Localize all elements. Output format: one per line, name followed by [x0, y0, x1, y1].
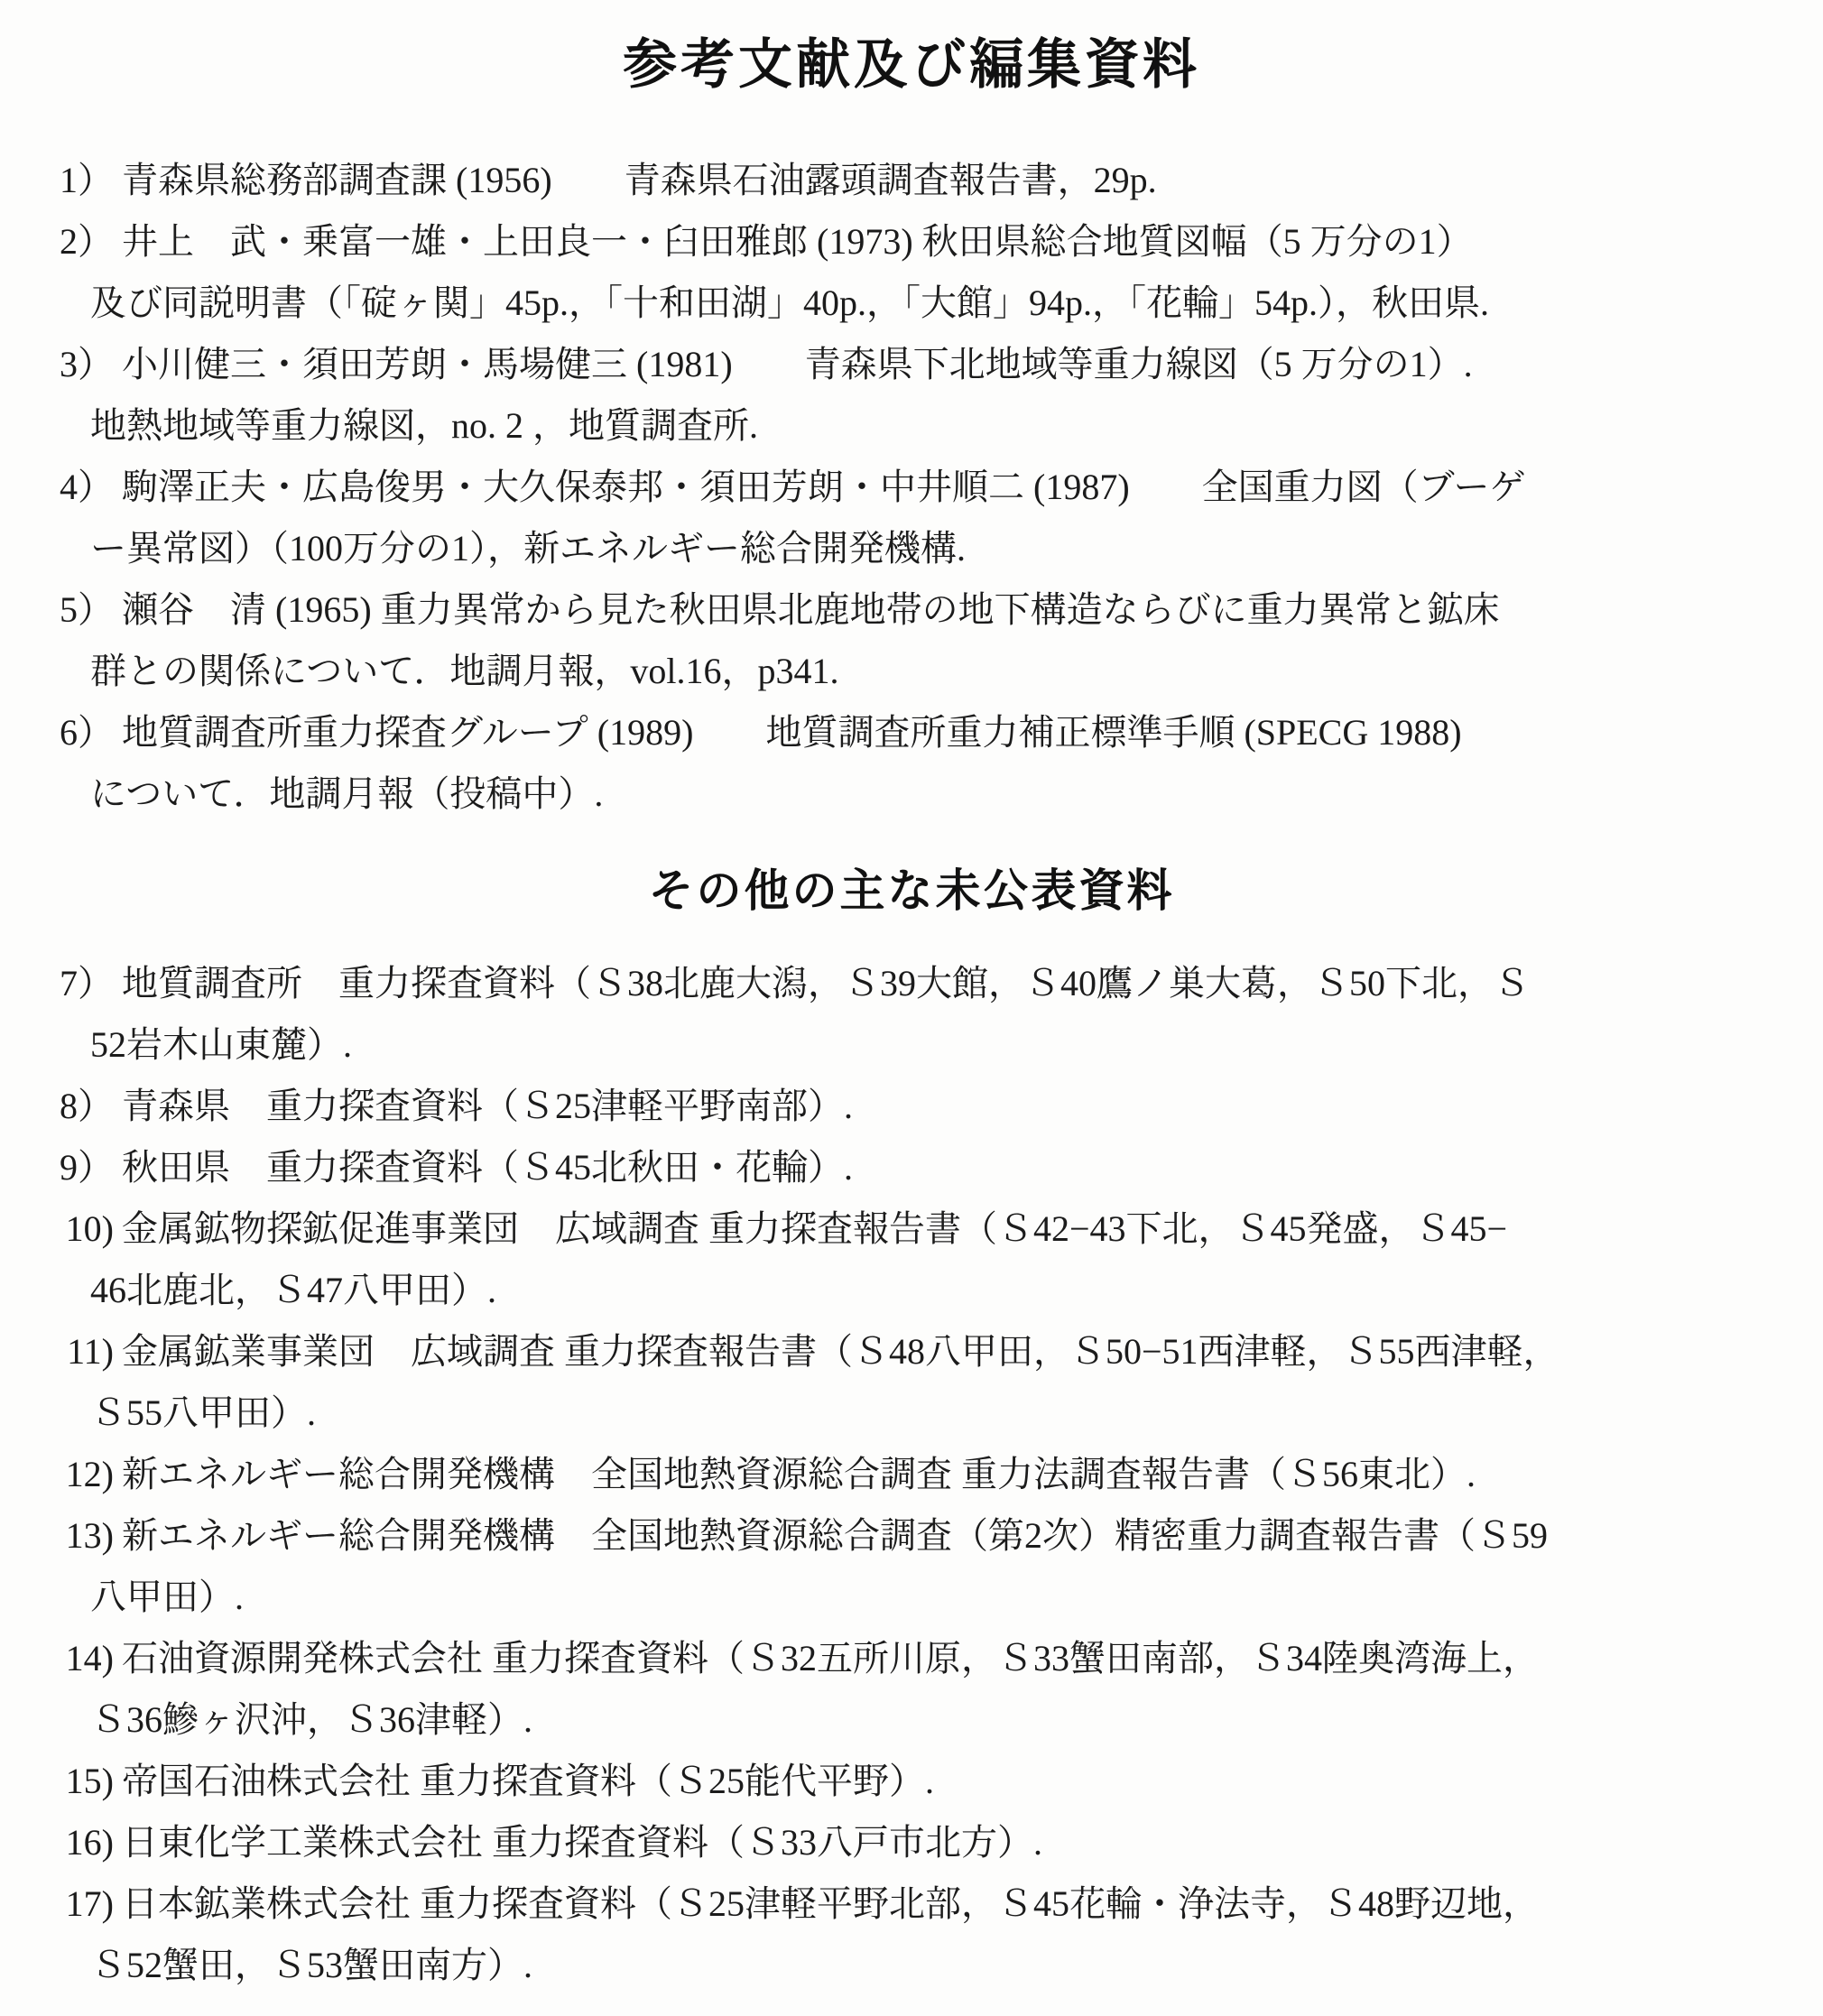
reference-text: 青森県総務部調査課 (1956) 青森県石油露頭調査報告書，29p.	[122, 160, 1157, 200]
reference-line: 13)新エネルギー総合開発機構 全国地熱資源総合調査（第2次）精密重力調査報告書…	[27, 1505, 1805, 1567]
reference-item: 10)金属鉱物探鉱促進事業団 広域調査 重力探査報告書（Ｓ42−43下北，Ｓ45…	[27, 1198, 1805, 1321]
reference-line: 4）駒澤正夫・広島俊男・大久保泰邦・須田芳朗・中井順二 (1987) 全国重力図…	[27, 457, 1805, 518]
reference-item: 8）青森県 重力探査資料（Ｓ25津軽平野南部）.	[27, 1076, 1805, 1137]
section-title-unpublished: その他の主な未公表資料	[0, 859, 1823, 922]
unpublished-references-list: 7）地質調査所 重力探査資料（Ｓ38北鹿大潟，Ｓ39大館，Ｓ40鷹ノ巣大葛，Ｓ5…	[0, 953, 1823, 1996]
reference-text: 瀬谷 清 (1965) 重力異常から見た秋田県北鹿地帯の地下構造ならびに重力異常…	[122, 589, 1500, 630]
reference-number: 8）	[27, 1076, 114, 1137]
reference-item: 15)帝国石油株式会社 重力探査資料（Ｓ25能代平野）.	[27, 1751, 1805, 1812]
reference-text: 群との関係について．地調月報，vol.16，p341.	[90, 651, 839, 691]
reference-item: 16)日東化学工業株式会社 重力探査資料（Ｓ33八戸市北方）.	[27, 1812, 1805, 1873]
reference-text: 新エネルギー総合開発機構 全国地熱資源総合調査（第2次）精密重力調査報告書（Ｓ5…	[122, 1515, 1548, 1556]
reference-line: Ｓ36鰺ヶ沢沖，Ｓ36津軽）.	[27, 1689, 1805, 1751]
reference-text: Ｓ52蟹田，Ｓ53蟹田南方）.	[90, 1945, 532, 1985]
reference-text: 地質調査所重力探査グループ (1989) 地質調査所重力補正標準手順 (SPEC…	[122, 712, 1462, 753]
reference-line: 16)日東化学工業株式会社 重力探査資料（Ｓ33八戸市北方）.	[27, 1812, 1805, 1873]
reference-text: ー異常図）（100万分の1），新エネルギー総合開発機構.	[90, 528, 966, 569]
reference-line: 46北鹿北，Ｓ47八甲田）.	[27, 1260, 1805, 1321]
reference-line: 5）瀬谷 清 (1965) 重力異常から見た秋田県北鹿地帯の地下構造ならびに重力…	[27, 579, 1805, 641]
reference-item: 14)石油資源開発株式会社 重力探査資料（Ｓ32五所川原，Ｓ33蟹田南部，Ｓ34…	[27, 1628, 1805, 1751]
reference-text: 金属鉱業事業団 広域調査 重力探査報告書（Ｓ48八甲田，Ｓ50−51西津軽，Ｓ5…	[122, 1331, 1559, 1372]
reference-number: 1）	[27, 150, 114, 211]
reference-text: 52岩木山東麓）.	[90, 1024, 352, 1065]
reference-number: 5）	[27, 579, 114, 641]
reference-text: 地熱地域等重力線図，no. 2 ，地質調査所.	[90, 405, 758, 446]
reference-number: 3）	[27, 334, 114, 395]
reference-item: 2）井上 武・乗富一雄・上田良一・臼田雅郎 (1973) 秋田県総合地質図幅（5…	[27, 211, 1805, 334]
reference-line: 12)新エネルギー総合開発機構 全国地熱資源総合調査 重力法調査報告書（Ｓ56東…	[27, 1444, 1805, 1505]
reference-line: 17)日本鉱業株式会社 重力探査資料（Ｓ25津軽平野北部，Ｓ45花輪・浄法寺，Ｓ…	[27, 1873, 1805, 1935]
reference-text: 井上 武・乗富一雄・上田良一・臼田雅郎 (1973) 秋田県総合地質図幅（5 万…	[122, 221, 1473, 262]
reference-text: 帝国石油株式会社 重力探査資料（Ｓ25能代平野）.	[122, 1761, 934, 1801]
reference-text: 青森県 重力探査資料（Ｓ25津軽平野南部）.	[122, 1086, 853, 1126]
reference-line: 群との関係について．地調月報，vol.16，p341.	[27, 641, 1805, 702]
reference-number: 15)	[27, 1751, 114, 1812]
reference-text: Ｓ36鰺ヶ沢沖，Ｓ36津軽）.	[90, 1699, 532, 1740]
reference-line: Ｓ55八甲田）.	[27, 1383, 1805, 1444]
reference-text: 石油資源開発株式会社 重力探査資料（Ｓ32五所川原，Ｓ33蟹田南部，Ｓ34陸奥湾…	[122, 1638, 1539, 1678]
reference-item: 7）地質調査所 重力探査資料（Ｓ38北鹿大潟，Ｓ39大館，Ｓ40鷹ノ巣大葛，Ｓ5…	[27, 953, 1805, 1076]
reference-line: 2）井上 武・乗富一雄・上田良一・臼田雅郎 (1973) 秋田県総合地質図幅（5…	[27, 211, 1805, 273]
reference-item: 9）秋田県 重力探査資料（Ｓ45北秋田・花輪）.	[27, 1137, 1805, 1198]
reference-line: 7）地質調査所 重力探査資料（Ｓ38北鹿大潟，Ｓ39大館，Ｓ40鷹ノ巣大葛，Ｓ5…	[27, 953, 1805, 1014]
reference-line: 10)金属鉱物探鉱促進事業団 広域調査 重力探査報告書（Ｓ42−43下北，Ｓ45…	[27, 1198, 1805, 1260]
reference-number: 10)	[27, 1198, 114, 1260]
reference-text: 新エネルギー総合開発機構 全国地熱資源総合調査 重力法調査報告書（Ｓ56東北）.	[122, 1454, 1476, 1494]
reference-line: Ｓ52蟹田，Ｓ53蟹田南方）.	[27, 1935, 1805, 1996]
reference-item: 12)新エネルギー総合開発機構 全国地熱資源総合調査 重力法調査報告書（Ｓ56東…	[27, 1444, 1805, 1505]
reference-number: 12)	[27, 1444, 114, 1505]
reference-line: 3）小川健三・須田芳朗・馬場健三 (1981) 青森県下北地域等重力線図（5 万…	[27, 334, 1805, 395]
reference-item: 4）駒澤正夫・広島俊男・大久保泰邦・須田芳朗・中井順二 (1987) 全国重力図…	[27, 457, 1805, 579]
reference-text: 駒澤正夫・広島俊男・大久保泰邦・須田芳朗・中井順二 (1987) 全国重力図（ブ…	[122, 467, 1525, 507]
reference-number: 6）	[27, 702, 114, 763]
reference-text: 小川健三・須田芳朗・馬場健三 (1981) 青森県下北地域等重力線図（5 万分の…	[122, 344, 1473, 384]
reference-text: Ｓ55八甲田）.	[90, 1392, 316, 1433]
reference-number: 13)	[27, 1505, 114, 1567]
reference-number: 16)	[27, 1812, 114, 1873]
reference-line: 6）地質調査所重力探査グループ (1989) 地質調査所重力補正標準手順 (SP…	[27, 702, 1805, 763]
reference-line: 15)帝国石油株式会社 重力探査資料（Ｓ25能代平野）.	[27, 1751, 1805, 1812]
document-page: 参考文献及び編集資料 1）青森県総務部調査課 (1956) 青森県石油露頭調査報…	[0, 0, 1823, 2016]
page-title: 参考文献及び編集資料	[0, 27, 1823, 103]
reference-line: 11)金属鉱業事業団 広域調査 重力探査報告書（Ｓ48八甲田，Ｓ50−51西津軽…	[27, 1321, 1805, 1383]
reference-line: 及び同説明書（「碇ヶ関」45p.，「十和田湖」40p.，「大館」94p.，「花輪…	[27, 273, 1805, 334]
reference-line: 14)石油資源開発株式会社 重力探査資料（Ｓ32五所川原，Ｓ33蟹田南部，Ｓ34…	[27, 1628, 1805, 1689]
reference-text: 日本鉱業株式会社 重力探査資料（Ｓ25津軽平野北部，Ｓ45花輪・浄法寺，Ｓ48野…	[122, 1883, 1539, 1924]
reference-line: 8）青森県 重力探査資料（Ｓ25津軽平野南部）.	[27, 1076, 1805, 1137]
reference-line: 1）青森県総務部調査課 (1956) 青森県石油露頭調査報告書，29p.	[27, 150, 1805, 211]
reference-item: 13)新エネルギー総合開発機構 全国地熱資源総合調査（第2次）精密重力調査報告書…	[27, 1505, 1805, 1628]
reference-number: 4）	[27, 457, 114, 518]
reference-line: ー異常図）（100万分の1），新エネルギー総合開発機構.	[27, 518, 1805, 579]
reference-text: 金属鉱物探鉱促進事業団 広域調査 重力探査報告書（Ｓ42−43下北，Ｓ45発盛，…	[122, 1208, 1507, 1249]
reference-number: 11)	[27, 1321, 114, 1383]
reference-item: 1）青森県総務部調査課 (1956) 青森県石油露頭調査報告書，29p.	[27, 150, 1805, 211]
reference-text: 日東化学工業株式会社 重力探査資料（Ｓ33八戸市北方）.	[122, 1822, 1042, 1863]
reference-text: 地質調査所 重力探査資料（Ｓ38北鹿大潟，Ｓ39大館，Ｓ40鷹ノ巣大葛，Ｓ50下…	[122, 963, 1530, 1003]
reference-text: 秋田県 重力探査資料（Ｓ45北秋田・花輪）.	[122, 1147, 853, 1188]
references-list: 1）青森県総務部調査課 (1956) 青森県石油露頭調査報告書，29p.2）井上…	[0, 150, 1823, 825]
reference-text: 46北鹿北，Ｓ47八甲田）.	[90, 1270, 496, 1310]
reference-item: 5）瀬谷 清 (1965) 重力異常から見た秋田県北鹿地帯の地下構造ならびに重力…	[27, 579, 1805, 702]
reference-line: 9）秋田県 重力探査資料（Ｓ45北秋田・花輪）.	[27, 1137, 1805, 1198]
reference-line: 八甲田）.	[27, 1567, 1805, 1628]
reference-line: 地熱地域等重力線図，no. 2 ，地質調査所.	[27, 395, 1805, 457]
reference-text: について．地調月報（投稿中）.	[90, 773, 603, 814]
reference-number: 2）	[27, 211, 114, 273]
reference-number: 17)	[27, 1873, 114, 1935]
reference-line: について．地調月報（投稿中）.	[27, 763, 1805, 825]
reference-number: 14)	[27, 1628, 114, 1689]
reference-number: 9）	[27, 1137, 114, 1198]
reference-text: 八甲田）.	[90, 1577, 244, 1617]
reference-line: 52岩木山東麓）.	[27, 1014, 1805, 1076]
reference-item: 6）地質調査所重力探査グループ (1989) 地質調査所重力補正標準手順 (SP…	[27, 702, 1805, 825]
reference-item: 11)金属鉱業事業団 広域調査 重力探査報告書（Ｓ48八甲田，Ｓ50−51西津軽…	[27, 1321, 1805, 1444]
reference-item: 17)日本鉱業株式会社 重力探査資料（Ｓ25津軽平野北部，Ｓ45花輪・浄法寺，Ｓ…	[27, 1873, 1805, 1996]
reference-number: 7）	[27, 953, 114, 1014]
reference-text: 及び同説明書（「碇ヶ関」45p.，「十和田湖」40p.，「大館」94p.，「花輪…	[90, 282, 1489, 323]
reference-item: 3）小川健三・須田芳朗・馬場健三 (1981) 青森県下北地域等重力線図（5 万…	[27, 334, 1805, 457]
